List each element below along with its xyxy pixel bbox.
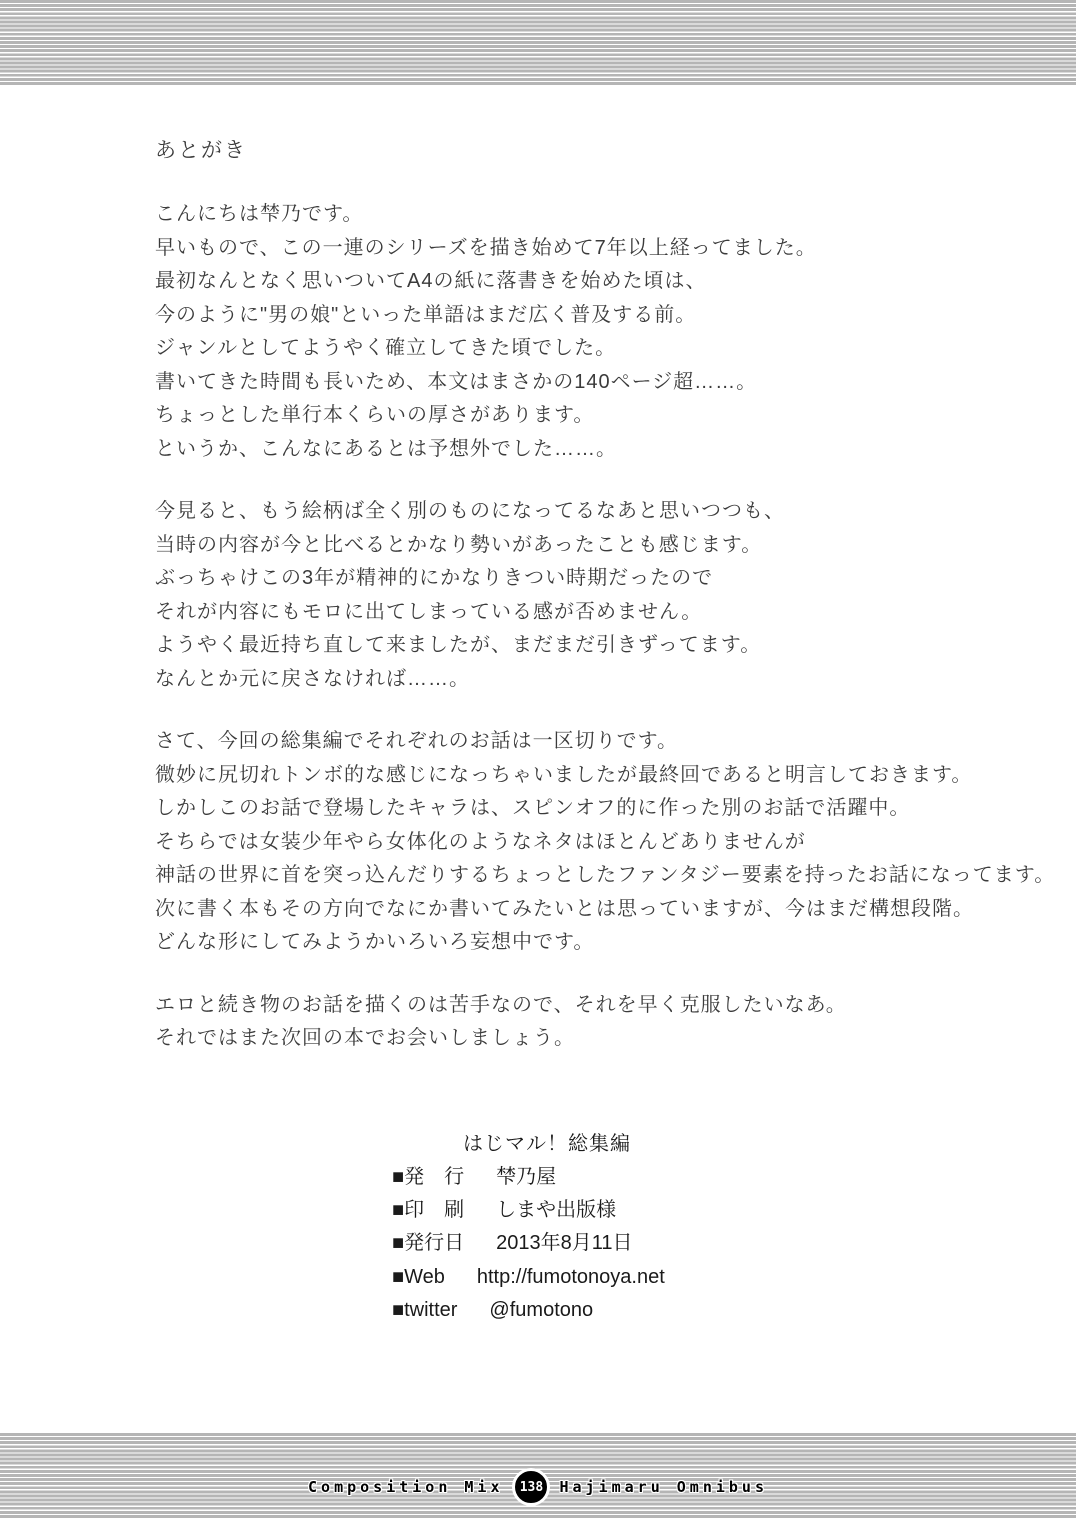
colophon-title: はじマル！総集編 [463,1128,665,1161]
colophon-entry-value: http://fumotonoya.net [477,1261,665,1294]
afterword-line: 神話の世界に首を突っ込んだりするちょっとしたファンタジー要素を持ったお話になって… [155,859,1055,893]
afterword-page: あとがき こんにちは梺乃です。早いもので、この一連のシリーズを描き始めて7年以上… [0,0,1076,1519]
afterword-line: 今のように"男の娘"といった単語はまだ広く普及する前。 [155,299,1055,333]
page-title: あとがき [155,134,247,164]
afterword-line: 次に書く本もその方向でなにか書いてみたいとは思っていますが、今はまだ構想段階。 [155,893,1055,927]
footer-label: Composition Mix 138 Hajimaru Omnibus [0,1467,1076,1507]
colophon-entry-label: ■発 行 [392,1161,464,1194]
afterword-line: どんな形にしてみようかいろいろ妄想中です。 [155,926,1055,960]
afterword-line: ジャンルとしてようやく確立してきた頃でした。 [155,332,1055,366]
afterword-line: 微妙に尻切れトンボ的な感じになっちゃいましたが最終回であると明言しておきます。 [155,759,1055,793]
afterword-line: というか、こんなにあるとは予想外でした……。 [155,433,1055,467]
colophon-entry-value: 梺乃屋 [496,1161,556,1194]
afterword-paragraph: さて、今回の総集編でそれぞれのお話は一区切りです。微妙に尻切れトンボ的な感じにな… [155,725,1055,960]
afterword-line: ようやく最近持ち直して来ましたが、まだまだ引きずってます。 [155,629,1055,663]
afterword-line: 早いもので、この一連のシリーズを描き始めて7年以上経ってました。 [155,232,1055,266]
afterword-line: エロと続き物のお話を描くのは苦手なので、それを早く克服したいなあ。 [155,989,1055,1023]
afterword-paragraph: エロと続き物のお話を描くのは苦手なので、それを早く克服したいなあ。それではまた次… [155,989,1055,1056]
afterword-line: そちらでは女装少年やら女体化のようなネタはほとんどありませんが [155,826,1055,860]
colophon-entry-value: しまや出版様 [496,1194,616,1227]
afterword-line: 当時の内容が今と比べるとかなり勢いがあったことも感じます。 [155,529,1055,563]
afterword-line: 今見ると、もう絵柄ば全く別のものになってるなあと思いつつも、 [155,495,1055,529]
footer-series-left: Composition Mix [308,1478,503,1496]
afterword-paragraphs: こんにちは梺乃です。早いもので、この一連のシリーズを描き始めて7年以上経ってまし… [155,198,1055,1085]
afterword-paragraph: こんにちは梺乃です。早いもので、この一連のシリーズを描き始めて7年以上経ってまし… [155,198,1055,466]
afterword-line: 最初なんとなく思いついてA4の紙に落書きを始めた頃は、 [155,265,1055,299]
afterword-line: それが内容にもモロに出てしまっている感が否めません。 [155,596,1055,630]
afterword-line: さて、今回の総集編でそれぞれのお話は一区切りです。 [155,725,1055,759]
colophon-entry-value: 2013年8月11日 [496,1227,632,1260]
colophon-entry: ■発 行梺乃屋 [392,1161,665,1194]
bottom-stripe-band: Composition Mix 138 Hajimaru Omnibus [0,1433,1076,1519]
colophon-entry-value: @fumotono [489,1294,593,1327]
colophon-entry: ■Webhttp://fumotonoya.net [392,1261,665,1294]
colophon-entry-label: ■Web [392,1261,445,1294]
colophon-entry-label: ■発行日 [392,1227,464,1260]
colophon-entry: ■印 刷しまや出版様 [392,1194,665,1227]
afterword-paragraph: 今見ると、もう絵柄ば全く別のものになってるなあと思いつつも、当時の内容が今と比べ… [155,495,1055,696]
colophon-entry-label: ■印 刷 [392,1194,464,1227]
afterword-line: なんとか元に戻さなければ……。 [155,663,1055,697]
top-stripe-band [0,0,1076,86]
colophon-entry: ■発行日2013年8月11日 [392,1227,665,1260]
page-number-badge: 138 [512,1468,550,1506]
colophon: はじマル！総集編 ■発 行梺乃屋■印 刷しまや出版様■発行日2013年8月11日… [392,1128,665,1327]
afterword-line: こんにちは梺乃です。 [155,198,1055,232]
afterword-line: 書いてきた時間も長いため、本文はまさかの140ページ超……。 [155,366,1055,400]
afterword-line: ぶっちゃけこの3年が精神的にかなりきつい時期だったので [155,562,1055,596]
colophon-entry-label: ■twitter [392,1294,457,1327]
afterword-line: ちょっとした単行本くらいの厚さがあります。 [155,399,1055,433]
afterword-line: しかしこのお話で登場したキャラは、スピンオフ的に作った別のお話で活躍中。 [155,792,1055,826]
page-number: 138 [520,1480,543,1495]
colophon-entry: ■twitter@fumotono [392,1294,665,1327]
colophon-entries: ■発 行梺乃屋■印 刷しまや出版様■発行日2013年8月11日■Webhttp:… [392,1161,665,1327]
footer-series-right: Hajimaru Omnibus [559,1478,768,1496]
afterword-line: それではまた次回の本でお会いしましょう。 [155,1022,1055,1056]
